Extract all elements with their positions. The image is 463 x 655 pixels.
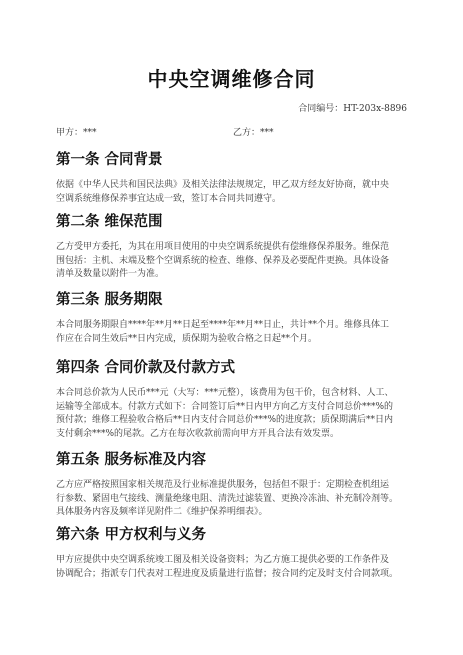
contract-page: 中央空调维修合同 合同编号：HT-203x-8896 甲方：*** 乙方：***… (0, 0, 463, 655)
section-6-party-a-rights: 第六条 甲方权利与义务 甲方应提供中央空调系统竣工图及相关设备资料；为乙方施工提… (56, 526, 412, 581)
document-title: 中央空调维修合同 (0, 63, 463, 92)
section-body: 本合同总价款为人民币***元（大写：***元整），该费用为包干价，包含材料、人工… (56, 387, 412, 441)
body-line: 协调配合；指派专门代表对工程进度及质量进行监督；按合同约定及时支付合同款项。 (56, 568, 412, 582)
section-4-price-payment: 第四条 合同价款及付款方式 本合同总价款为人民币***元（大写：***元整），该… (56, 359, 412, 441)
body-line: 围包括：主机、末端及整个空调系统的检查、维修、保养及必要配件更换。具体设备 (56, 255, 412, 269)
section-heading: 第五条 服务标准及内容 (56, 451, 412, 469)
section-1-background: 第一条 合同背景 依据《中华人民共和国民法典》及相关法律法规规定，甲乙双方经友好… (56, 151, 412, 206)
section-heading: 第三条 服务期限 (56, 291, 412, 309)
section-body: 甲方应提供中央空调系统竣工图及相关设备资料；为乙方施工提供必要的工作条件及 协调… (56, 554, 412, 581)
section-heading: 第一条 合同背景 (56, 151, 412, 169)
body-line: 作应在合同生效后**日内完成，质保期为验收合格之日起**个月。 (56, 333, 412, 347)
body-line: 运输等全部成本。付款方式如下：合同签订后**日内甲方向乙方支付合同总价***%的 (56, 401, 412, 415)
body-line: 本合同服务期限自****年**月**日起至****年**月**日止，共计**个月… (56, 319, 412, 333)
body-line: 乙方受甲方委托，为其在用项目使用的中央空调系统提供有偿维修保养服务。维保范 (56, 241, 412, 255)
body-line: 甲方应提供中央空调系统竣工图及相关设备资料；为乙方施工提供必要的工作条件及 (56, 554, 412, 568)
body-line: 具体服务内容及频率详见附件二《维护保养明细表》。 (56, 506, 412, 520)
body-line: 本合同总价款为人民币***元（大写：***元整），该费用为包干价，包含材料、人工… (56, 387, 412, 401)
body-line: 支付剩余***%的尾款。乙方在每次收款前需向甲方开具合法有效发票。 (56, 428, 412, 442)
section-heading: 第六条 甲方权利与义务 (56, 526, 412, 544)
section-heading: 第四条 合同价款及付款方式 (56, 359, 412, 377)
party-a: 甲方：*** (56, 125, 97, 138)
party-b: 乙方：*** (233, 125, 274, 138)
contract-number: 合同编号：HT-203x-8896 (298, 101, 407, 114)
body-line: 空调系统维修保养事宜达成一致，签订本合同共同遵守。 (56, 193, 412, 207)
body-line: 乙方应严格按照国家相关规范及行业标准提供服务，包括但不限于：定期检查机组运 (56, 479, 412, 493)
section-3-term: 第三条 服务期限 本合同服务期限自****年**月**日起至****年**月**… (56, 291, 412, 346)
body-line: 清单及数量以附件一为准。 (56, 268, 412, 282)
section-body: 乙方应严格按照国家相关规范及行业标准提供服务，包括但不限于：定期检查机组运 行参… (56, 479, 412, 520)
section-body: 乙方受甲方委托，为其在用项目使用的中央空调系统提供有偿维修保养服务。维保范 围包… (56, 241, 412, 282)
section-2-scope: 第二条 维保范围 乙方受甲方委托，为其在用项目使用的中央空调系统提供有偿维修保养… (56, 213, 412, 282)
body-line: 依据《中华人民共和国民法典》及相关法律法规规定，甲乙双方经友好协商，就中央 (56, 179, 412, 193)
section-body: 本合同服务期限自****年**月**日起至****年**月**日止，共计**个月… (56, 319, 412, 346)
body-line: 行参数、紧固电气接线、测量绝缘电阻、清洗过滤装置、更换冷冻油、补充制冷剂等。 (56, 493, 412, 507)
section-heading: 第二条 维保范围 (56, 213, 412, 231)
body-line: 预付款；维修工程验收合格后**日内支付合同总价***%的进度款；质保期满后**日… (56, 414, 412, 428)
section-body: 依据《中华人民共和国民法典》及相关法律法规规定，甲乙双方经友好协商，就中央 空调… (56, 179, 412, 206)
section-5-service-standards: 第五条 服务标准及内容 乙方应严格按照国家相关规范及行业标准提供服务，包括但不限… (56, 451, 412, 520)
